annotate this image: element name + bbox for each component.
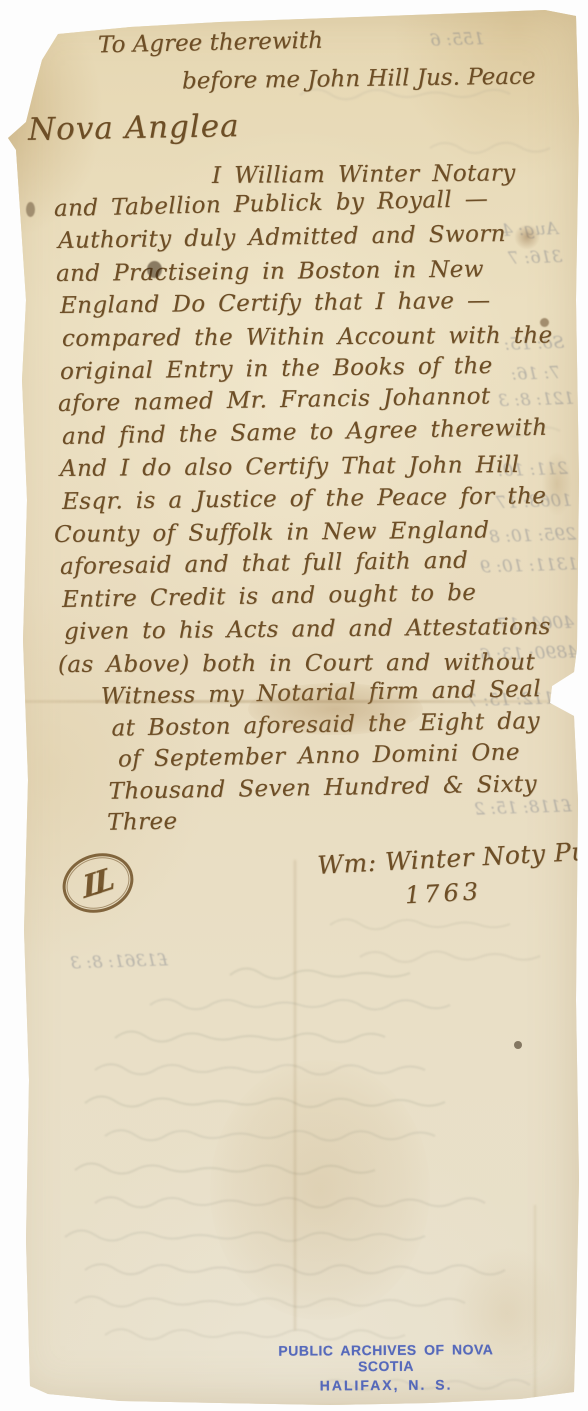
archive-stamp: PUBLIC ARCHIVES OF NOVA SCOTIA HALIFAX, … — [250, 1341, 522, 1394]
bleedthrough-figure: £1361: 8: 3 — [70, 950, 169, 973]
manuscript-line: given to his Acts and and Attestations — [64, 611, 557, 649]
document-title: Nova Anglea — [28, 108, 240, 148]
manuscript-line: Authority duly Admitted and Sworn — [58, 217, 557, 257]
seal-monogram: LL — [81, 863, 108, 906]
certification-paragraph: I William Winter Notaryand Tabellion Pub… — [52, 160, 557, 682]
manuscript-line: England Do Certify that I have — — [60, 284, 557, 323]
witness-paragraph: Witness my Notarial firm and Sealat Bost… — [101, 674, 544, 839]
archival-document-photo: 155: 6Aug: 4316: 7So: 15:7: 16:121: 8: 3… — [0, 0, 588, 1411]
header-line-1: To Agree therewith — [98, 28, 323, 59]
stamp-line-1: PUBLIC ARCHIVES OF NOVA SCOTIA — [250, 1341, 522, 1375]
header-line-2: before me John Hill Jus. Peace — [182, 64, 536, 95]
bleedthrough-figure: 155: 6 — [429, 29, 484, 51]
manuscript-line: Esqr. is a Justice of the Peace for the — [62, 480, 557, 519]
stamp-line-2: HALIFAX, N. S. — [250, 1376, 522, 1394]
manuscript-page: 155: 6Aug: 4316: 7So: 15:7: 16:121: 8: 3… — [0, 0, 588, 1411]
